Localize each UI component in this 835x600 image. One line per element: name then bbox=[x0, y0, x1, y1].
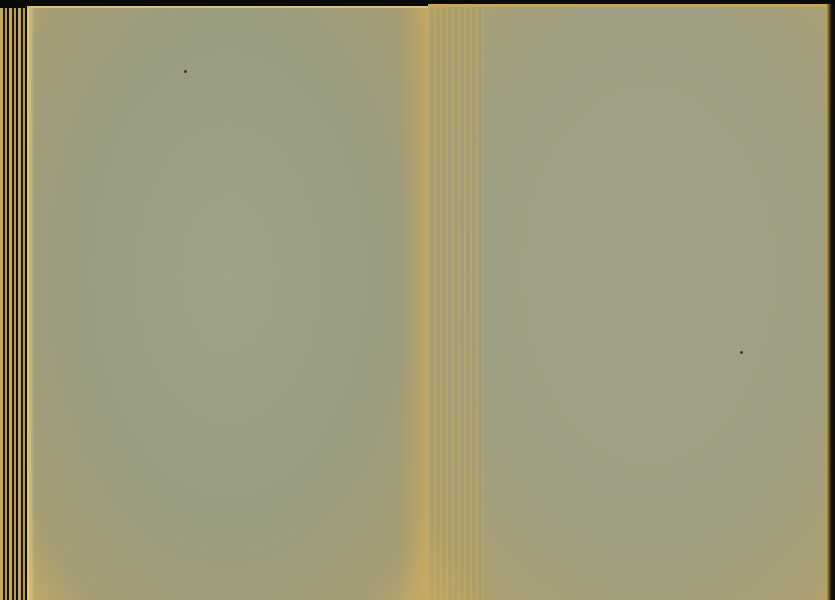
right-page-edge bbox=[826, 4, 835, 600]
paper-speck bbox=[184, 70, 187, 73]
left-page bbox=[27, 6, 430, 600]
right-page bbox=[428, 4, 828, 600]
paper-speck bbox=[740, 351, 743, 354]
page-edges bbox=[0, 8, 30, 600]
